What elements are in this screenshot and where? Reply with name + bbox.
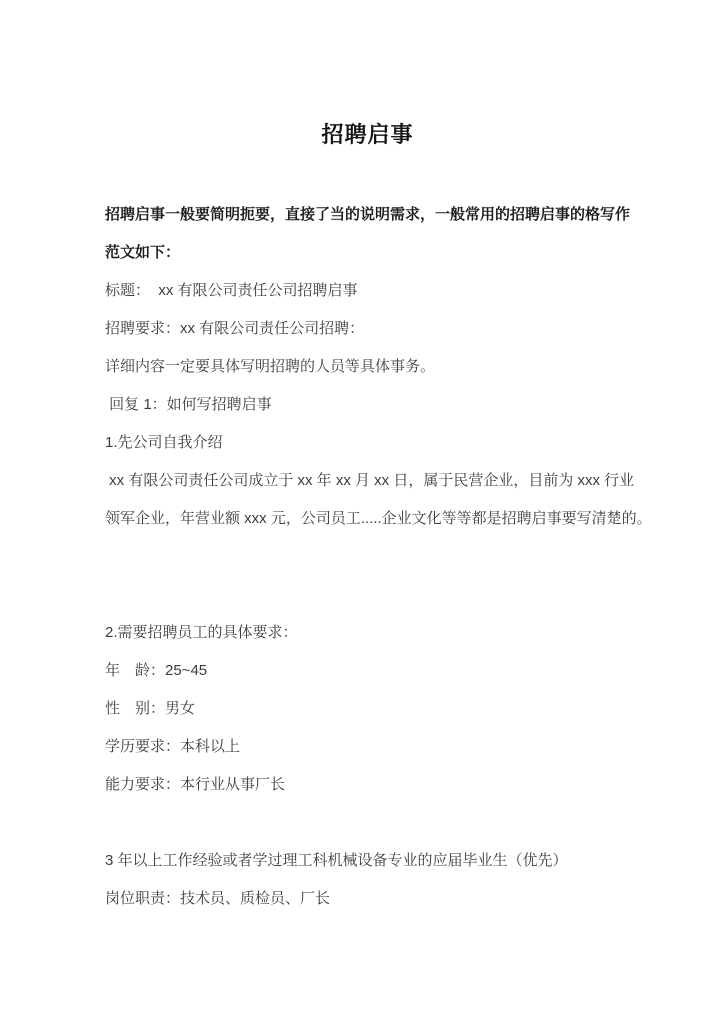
- text-line: 回复 1：如何写招聘启事: [105, 386, 633, 424]
- text-line: 性 别：男女: [105, 690, 633, 728]
- document-page: 招聘启事 招聘启事一般要简明扼要，直接了当的说明需求，一般常用的招聘启事的格写作…: [0, 0, 720, 1017]
- text-line: 能力要求：本行业从事厂长: [105, 766, 633, 804]
- text-line: 年 龄：25~45: [105, 652, 633, 690]
- document-title: 招聘启事: [105, 120, 630, 150]
- text-line: 3 年以上工作经验或者学过理工科机械设备专业的应届毕业生（优先）: [105, 842, 633, 880]
- text-line: 领军企业，年营业额 xxx 元，公司员工.....企业文化等等都是招聘启事要写清…: [105, 500, 633, 538]
- text-line: 岗位职责：技术员、质检员、厂长: [105, 880, 633, 918]
- text-line: 招聘要求：xx 有限公司责任公司招聘：: [105, 310, 633, 348]
- text-line: 1.先公司自我介绍: [105, 424, 633, 462]
- text-line: xx 有限公司责任公司成立于 xx 年 xx 月 xx 日，属于民营企业，目前为…: [105, 462, 633, 500]
- text-line: 学历要求：本科以上: [105, 728, 633, 766]
- document-body: 招聘启事一般要简明扼要，直接了当的说明需求，一般常用的招聘启事的格写作范文如下：…: [105, 196, 633, 918]
- text-line: 详细内容一定要具体写明招聘的人员等具体事务。: [105, 348, 633, 386]
- text-line: 范文如下：: [105, 234, 633, 272]
- text-line: 2.需要招聘员工的具体要求：: [105, 614, 633, 652]
- text-line: 标题： xx 有限公司责任公司招聘启事: [105, 272, 633, 310]
- text-line: 招聘启事一般要简明扼要，直接了当的说明需求，一般常用的招聘启事的格写作: [105, 196, 633, 234]
